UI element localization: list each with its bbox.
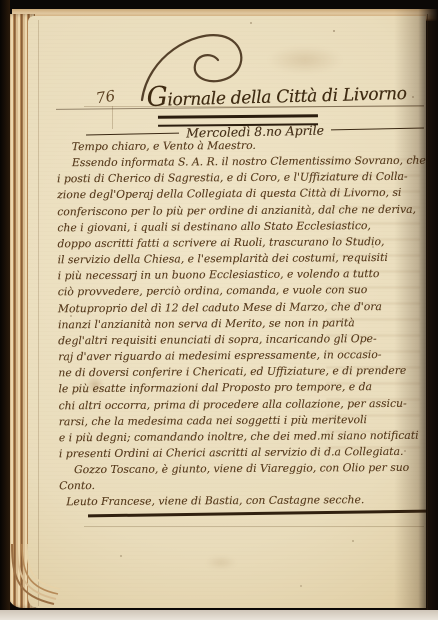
paper-stain <box>206 556 236 569</box>
scan-background-top <box>0 0 438 9</box>
date-rule-left <box>86 133 179 136</box>
manuscript-line: chi altri occorra, prima di procedere al… <box>59 395 427 414</box>
folio-number: 76 <box>95 87 117 108</box>
margin-ruling-line <box>38 20 39 606</box>
entry-body: Tempo chiaro, e Vento à Maestro.Essendo … <box>57 137 428 511</box>
underlying-sheet-edge-left <box>112 106 113 129</box>
gutter-page-edge-line <box>427 14 428 610</box>
manuscript-photo: 76 Giornale della Città di Livorno Merco… <box>0 0 438 620</box>
manuscript-line: Gozzo Toscano, è giunto, viene di Viareg… <box>59 460 427 479</box>
manuscript-line: le più esatte informazioni dal Proposto … <box>58 379 426 398</box>
manuscript-line: Motuproprio del dì 12 del caduto Mese di… <box>58 298 426 317</box>
binding-gutter-shadow <box>394 9 438 610</box>
manuscript-line: i più necessarj in un buono Ecclesiastic… <box>58 266 426 285</box>
paper-stain <box>268 46 342 74</box>
manuscript-line: Leuto Francese, viene di Bastia, con Cas… <box>59 492 427 511</box>
underlying-sheet-edge-bottom <box>84 526 424 527</box>
bottom-corner-page-curl <box>2 544 66 612</box>
scanner-bed-strip <box>0 610 438 620</box>
scan-background-left <box>0 0 10 620</box>
